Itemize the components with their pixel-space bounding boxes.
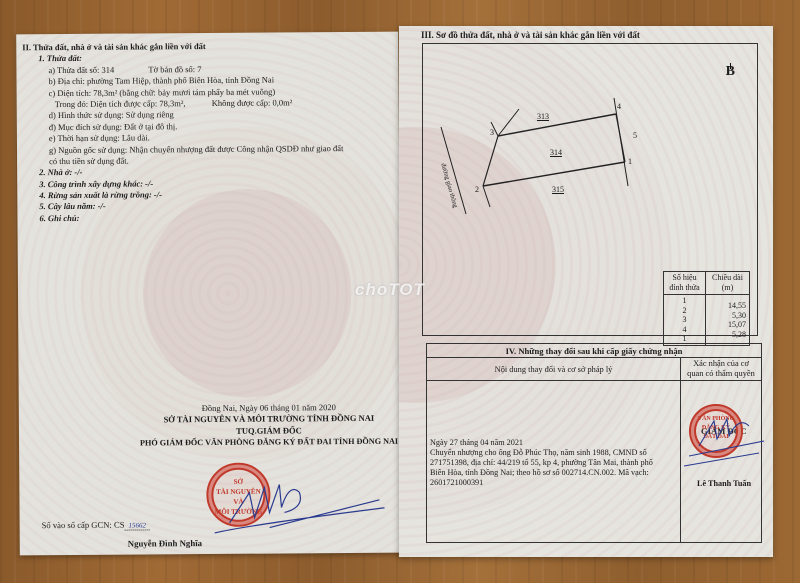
edge-length-table: Số hiệu đỉnh thửa Chiều dài (m) 1 2 3 4 … — [663, 271, 750, 346]
neighbor-parcel-313: 313 — [537, 111, 549, 122]
point-4-label: 4 — [617, 101, 621, 112]
confirm-signer-name: Lê Thanh Tuấn — [697, 478, 751, 489]
confirm-column-header: Xác nhận của cơ quan có thẩm quyền — [681, 358, 761, 380]
entry-date: Ngày 27 tháng 04 năm 2021 — [430, 438, 653, 448]
point-3-label: 3 — [490, 127, 494, 138]
section-iii-title: III. Sơ đồ thửa đất, nhà ở và tài sản kh… — [421, 30, 640, 41]
signature-block: Đồng Nai, Ngày 06 tháng 01 năm 2020 SỞ T… — [119, 402, 402, 450]
certificate-left-page: II. Thửa đất, nhà ở và tài sản khác gắn … — [16, 32, 402, 556]
certificate-right-page: III. Sơ đồ thửa đất, nhà ở và tài sản kh… — [399, 26, 773, 557]
signer-title: PHÓ GIÁM ĐỐC VĂN PHÒNG ĐĂNG KÝ ĐẤT ĐAI T… — [119, 436, 402, 450]
parcel-number: 314 — [101, 64, 114, 74]
land-details: II. Thửa đất, nhà ở và tài sản khác gắn … — [22, 40, 344, 224]
neighbor-parcel-315: 315 — [552, 184, 564, 195]
map-sheet-number: 7 — [197, 64, 201, 74]
table-row: 1 2 3 4 1 14,55 5,30 15,07 5,28 — [664, 295, 750, 346]
transfer-entry: Ngày 27 tháng 04 năm 2021 Chuyển nhượng … — [430, 438, 653, 488]
parcel-314-label: 314 — [550, 147, 562, 158]
notes-line: 6. Ghi chú: — [23, 211, 343, 225]
section-iv-title: IV. Những thay đổi sau khi cấp giấy chứn… — [427, 344, 761, 358]
point-2-label: 2 — [475, 184, 479, 195]
point-1-label: 1 — [628, 156, 632, 167]
length-header: Chiều dài (m) — [706, 272, 750, 295]
issuing-agency: SỞ TÀI NGUYÊN VÀ MÔI TRƯỜNG TỈNH ĐỒNG NA… — [119, 413, 402, 427]
changes-header-row: Nội dung thay đổi và cơ sở pháp lý Xác n… — [427, 358, 761, 381]
chotot-watermark: choTOT — [355, 280, 425, 300]
official-red-stamp: SỞ TÀI NGUYÊN VÀ MÔI TRƯỜNG — [206, 463, 270, 527]
signer-name: Nguyễn Đình Nghĩa — [128, 538, 202, 550]
parcel-diagram: B 3 4 1 2 313 314 315 5 đường giao thông… — [422, 43, 758, 336]
register-number-handwritten: 15662 — [124, 521, 150, 530]
registry-office-stamp: VĂN PHÒNG ĐĂNG KÝ ĐẤT ĐAI — [689, 404, 743, 458]
vertex-header: Số hiệu đỉnh thửa — [664, 272, 706, 295]
content-column-header: Nội dung thay đổi và cơ sở pháp lý — [427, 358, 681, 380]
register-number-line: Số vào sổ cấp GCN: CS15662 — [42, 519, 150, 532]
barcode-number: 2601721000391 — [430, 478, 653, 488]
neighbor-parcel-5: 5 — [633, 130, 637, 141]
